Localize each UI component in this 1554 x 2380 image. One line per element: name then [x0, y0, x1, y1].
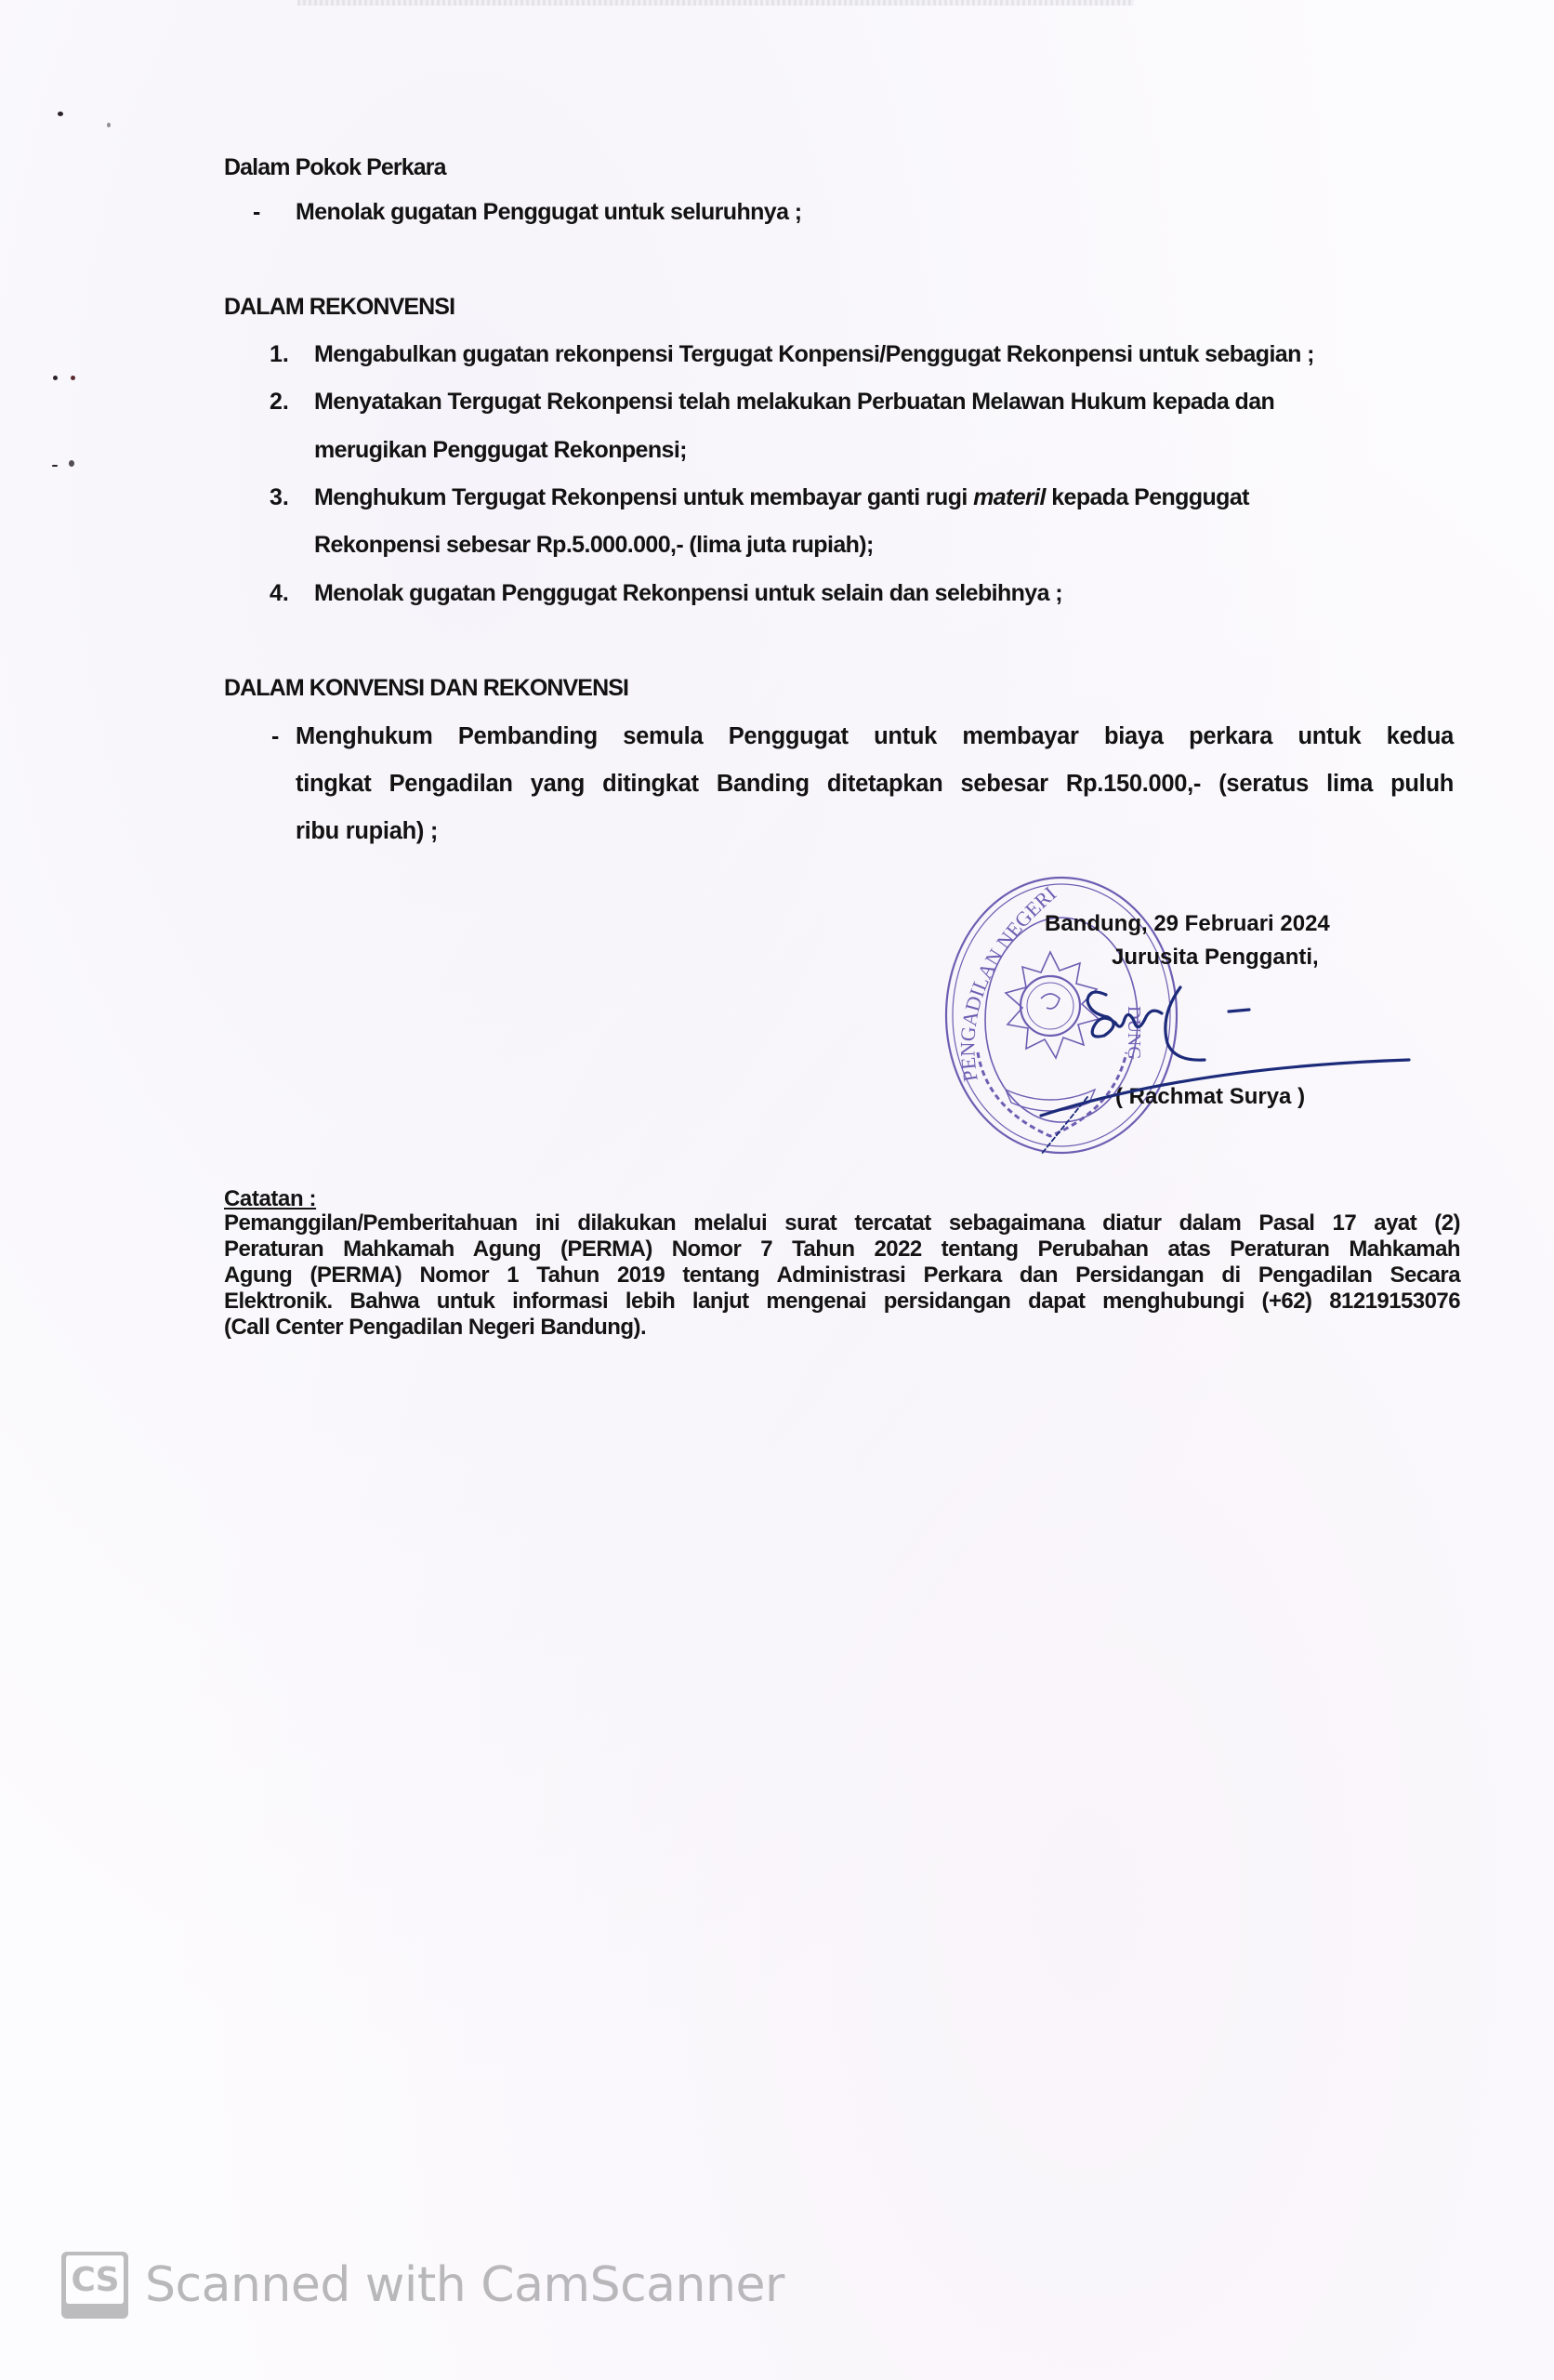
- note-line-5: (Call Center Pengadilan Negeri Bandung).: [224, 1315, 1460, 1341]
- camscanner-logo-icon: CS: [61, 2252, 128, 2319]
- konvensi-line-1: Menghukum Pembanding semula Penggugat un…: [296, 723, 1454, 750]
- rekonvensi-item-3-line-2: Rekonpensi sebesar Rp.5.000.000,- (lima …: [314, 532, 874, 559]
- konvensi-line-2: tingkat Pengadilan yang ditingkat Bandin…: [296, 771, 1454, 798]
- list-number: 4.: [270, 580, 289, 607]
- section-heading-konvensi-rekonvensi: DALAM KONVENSI DAN REKONVENSI: [224, 675, 628, 702]
- watermark-text: Scanned with CamScanner: [145, 2257, 784, 2313]
- rekonvensi-item-1: Mengabulkan gugatan rekonpensi Tergugat …: [314, 341, 1314, 368]
- bullet-dash: -: [253, 199, 260, 226]
- section-heading-pokok-perkara: Dalam Pokok Perkara: [224, 154, 446, 181]
- italic-term: materil: [973, 484, 1046, 510]
- margin-speck: [69, 460, 74, 467]
- list-number: 2.: [270, 389, 289, 416]
- margin-speck: [52, 465, 58, 467]
- handwritten-signature-icon: [1022, 930, 1413, 1171]
- text-segment: Menghukum Tergugat Rekonpensi untuk memb…: [314, 484, 973, 510]
- rekonvensi-item-4: Menolak gugatan Penggugat Rekonpensi unt…: [314, 580, 1062, 607]
- camscanner-watermark: CS Scanned with CamScanner: [61, 2252, 784, 2319]
- margin-speck: [71, 376, 75, 380]
- scanned-page: Dalam Pokok Perkara - Menolak gugatan Pe…: [0, 0, 1554, 2380]
- note-line-4: Elektronik. Bahwa untuk informasi lebih …: [224, 1289, 1460, 1315]
- margin-speck: [58, 112, 63, 116]
- text-segment: kepada Penggugat: [1046, 484, 1249, 510]
- note-title: Catatan :: [224, 1186, 316, 1212]
- note-line-2: Peraturan Mahkamah Agung (PERMA) Nomor 7…: [224, 1236, 1460, 1263]
- rekonvensi-item-2-line-1: Menyatakan Tergugat Rekonpensi telah mel…: [314, 389, 1274, 416]
- rekonvensi-item-2-line-2: merugikan Penggugat Rekonpensi;: [314, 437, 687, 464]
- list-number: 3.: [270, 484, 289, 511]
- margin-speck: [53, 376, 58, 380]
- bullet-dash: -: [271, 723, 279, 750]
- margin-speck: [107, 123, 111, 127]
- section-heading-rekonvensi: DALAM REKONVENSI: [224, 294, 454, 321]
- pokok-perkara-item: Menolak gugatan Penggugat untuk seluruhn…: [296, 199, 801, 226]
- list-number: 1.: [270, 341, 289, 368]
- konvensi-line-3: ribu rupiah) ;: [296, 818, 1454, 845]
- scan-edge-artifact: [297, 0, 1134, 6]
- rekonvensi-item-3-line-1: Menghukum Tergugat Rekonpensi untuk memb…: [314, 484, 1249, 511]
- note-line-3: Agung (PERMA) Nomor 1 Tahun 2019 tentang…: [224, 1263, 1460, 1289]
- logo-text: CS: [66, 2255, 124, 2304]
- note-line-1: Pemanggilan/Pemberitahuan ini dilakukan …: [224, 1210, 1460, 1236]
